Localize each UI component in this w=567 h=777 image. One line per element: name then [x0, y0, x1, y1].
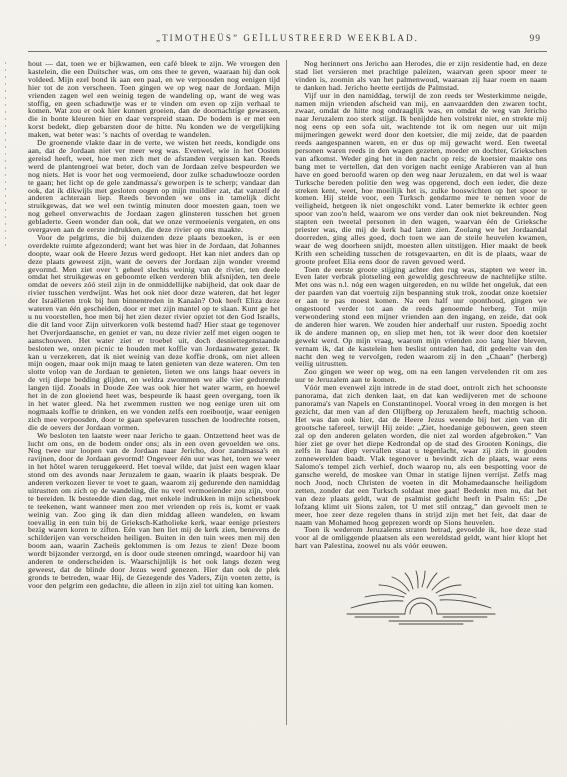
right-column: Nog herinnert ons Jericho aan Herodes, d… — [295, 60, 547, 626]
scan-artifact — [5, 62, 6, 247]
paragraph: Toen de eerste groote stijging achter de… — [295, 266, 547, 369]
paragraph: We besloten ten laatste weer naar Jerich… — [28, 432, 280, 590]
paragraph: Zoo gingen we weer op weg, om na een lan… — [295, 368, 547, 384]
paragraph: Voor de pelgrims, die bij duizenden deze… — [28, 234, 280, 432]
paragraph: hout — dat, toen we er bijkwamen, een ca… — [28, 60, 280, 139]
text-columns: hout — dat, toen we er bijkwamen, een ca… — [28, 60, 547, 626]
ornament-container — [295, 570, 547, 626]
paragraph: Toen ik wederom Jeruzalems straten betra… — [295, 526, 547, 550]
header-rule — [28, 51, 547, 52]
paragraph: Vijf uur in den namiddag, terwijl de zon… — [295, 92, 547, 266]
paragraph: Vóór men evenwel zijn intrede in de stad… — [295, 384, 547, 526]
page-number: 99 — [530, 34, 542, 44]
paragraph: Nog herinnert ons Jericho aan Herodes, d… — [295, 60, 547, 92]
page-header: „TIMOTHEÜS” GEÏLLUSTREERD WEEKBLAD. 99 — [28, 33, 547, 49]
page-title: „TIMOTHEÜS” GEÏLLUSTREERD WEEKBLAD. — [28, 33, 547, 43]
sunrise-ornament-icon — [341, 570, 501, 626]
left-column: hout — dat, toen we er bijkwamen, een ca… — [28, 60, 280, 626]
magazine-page: „TIMOTHEÜS” GEÏLLUSTREERD WEEKBLAD. 99 h… — [0, 0, 567, 777]
paragraph: De groenende vlakte daar in de verte, we… — [28, 139, 280, 234]
